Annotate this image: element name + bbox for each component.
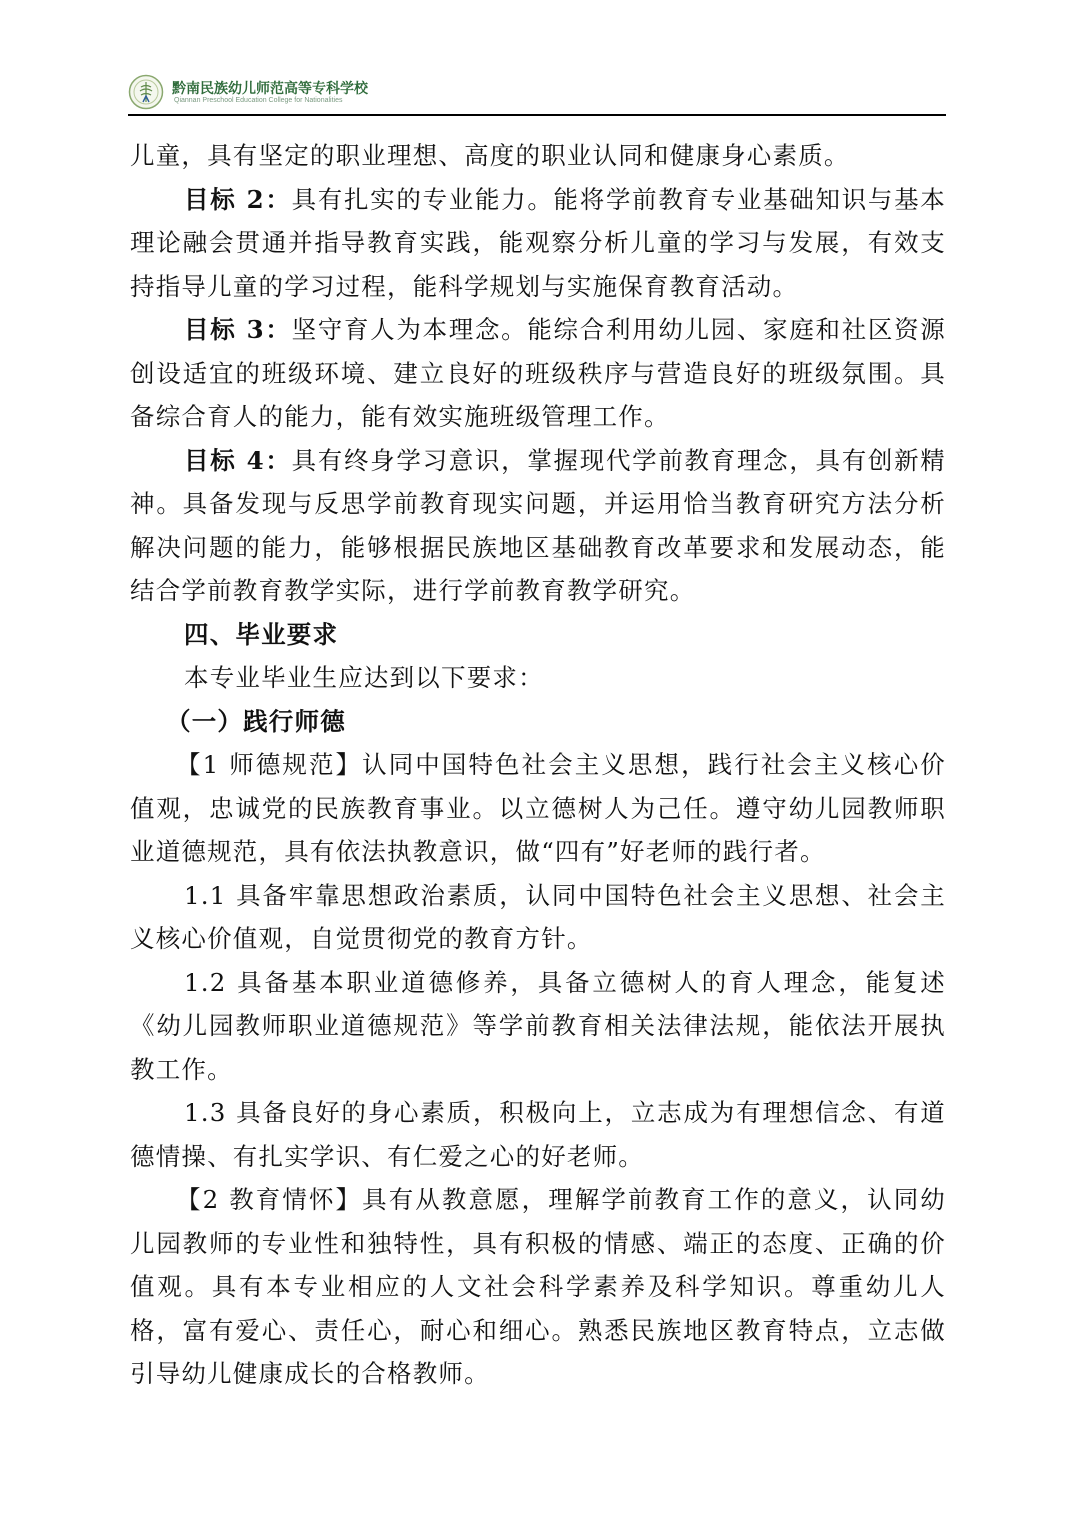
paragraph-goal-4: 目标 4：具有终身学习意识，掌握现代学前教育理念，具有创新精神。具备发现与反思学… [130,439,946,613]
goal-label: 目标 2： [184,185,292,214]
paragraph-requirement-1: 【1 师德规范】认同中国特色社会主义思想，践行社会主义核心价值观，忠诚党的民族教… [130,743,946,874]
paragraph-text: 儿童，具有坚定的职业理想、高度的职业认同和健康身心素质。 [130,141,850,170]
paragraph-text: 具有从教意愿，理解学前教育工作的意义，认同幼儿园教师的专业性和独特性，具有积极的… [130,1185,946,1388]
goal-label: 目标 4： [184,446,292,475]
school-name-cn: 黔南民族幼儿师范高等专科学校 [172,78,368,98]
paragraph-item-1-1: 1.1 具备牢靠思想政治素质，认同中国特色社会主义思想、社会主义核心价值观，自觉… [130,874,946,961]
paragraph-continuation: 儿童，具有坚定的职业理想、高度的职业认同和健康身心素质。 [130,134,946,178]
page-header: 黔南民族幼儿师范高等专科学校 Qiannan Preschool Educati… [128,72,946,116]
goal-label: 目标 3： [184,315,292,344]
paragraph-item-1-2: 1.2 具备基本职业道德修养，具备立德树人的育人理念，能复述《幼儿园教师职业道德… [130,961,946,1092]
school-emblem-icon [128,74,164,110]
paragraph-intro: 本专业毕业生应达到以下要求： [130,656,946,700]
school-name-en: Qiannan Preschool Education College for … [174,97,343,104]
paragraph-goal-3: 目标 3：坚守育人为本理念。能综合利用幼儿园、家庭和社区资源创设适宜的班级环境、… [130,308,946,439]
paragraph-goal-2: 目标 2：具有扎实的专业能力。能将学前教育专业基础知识与基本理论融会贯通并指导教… [130,178,946,309]
paragraph-requirement-2: 【2 教育情怀】具有从教意愿，理解学前教育工作的意义，认同幼儿园教师的专业性和独… [130,1178,946,1396]
document-body: 儿童，具有坚定的职业理想、高度的职业认同和健康身心素质。 目标 2：具有扎实的专… [130,134,946,1396]
subsection-heading-ethics: （一）践行师德 [130,700,946,744]
requirement-label: 【2 教育情怀】 [176,1185,362,1214]
paragraph-item-1-3: 1.3 具备良好的身心素质，积极向上，立志成为有理想信念、有道德情操、有扎实学识… [130,1091,946,1178]
section-heading-graduation-requirements: 四、毕业要求 [130,613,946,657]
requirement-label: 【1 师德规范】 [176,750,362,779]
header-divider [128,114,946,116]
